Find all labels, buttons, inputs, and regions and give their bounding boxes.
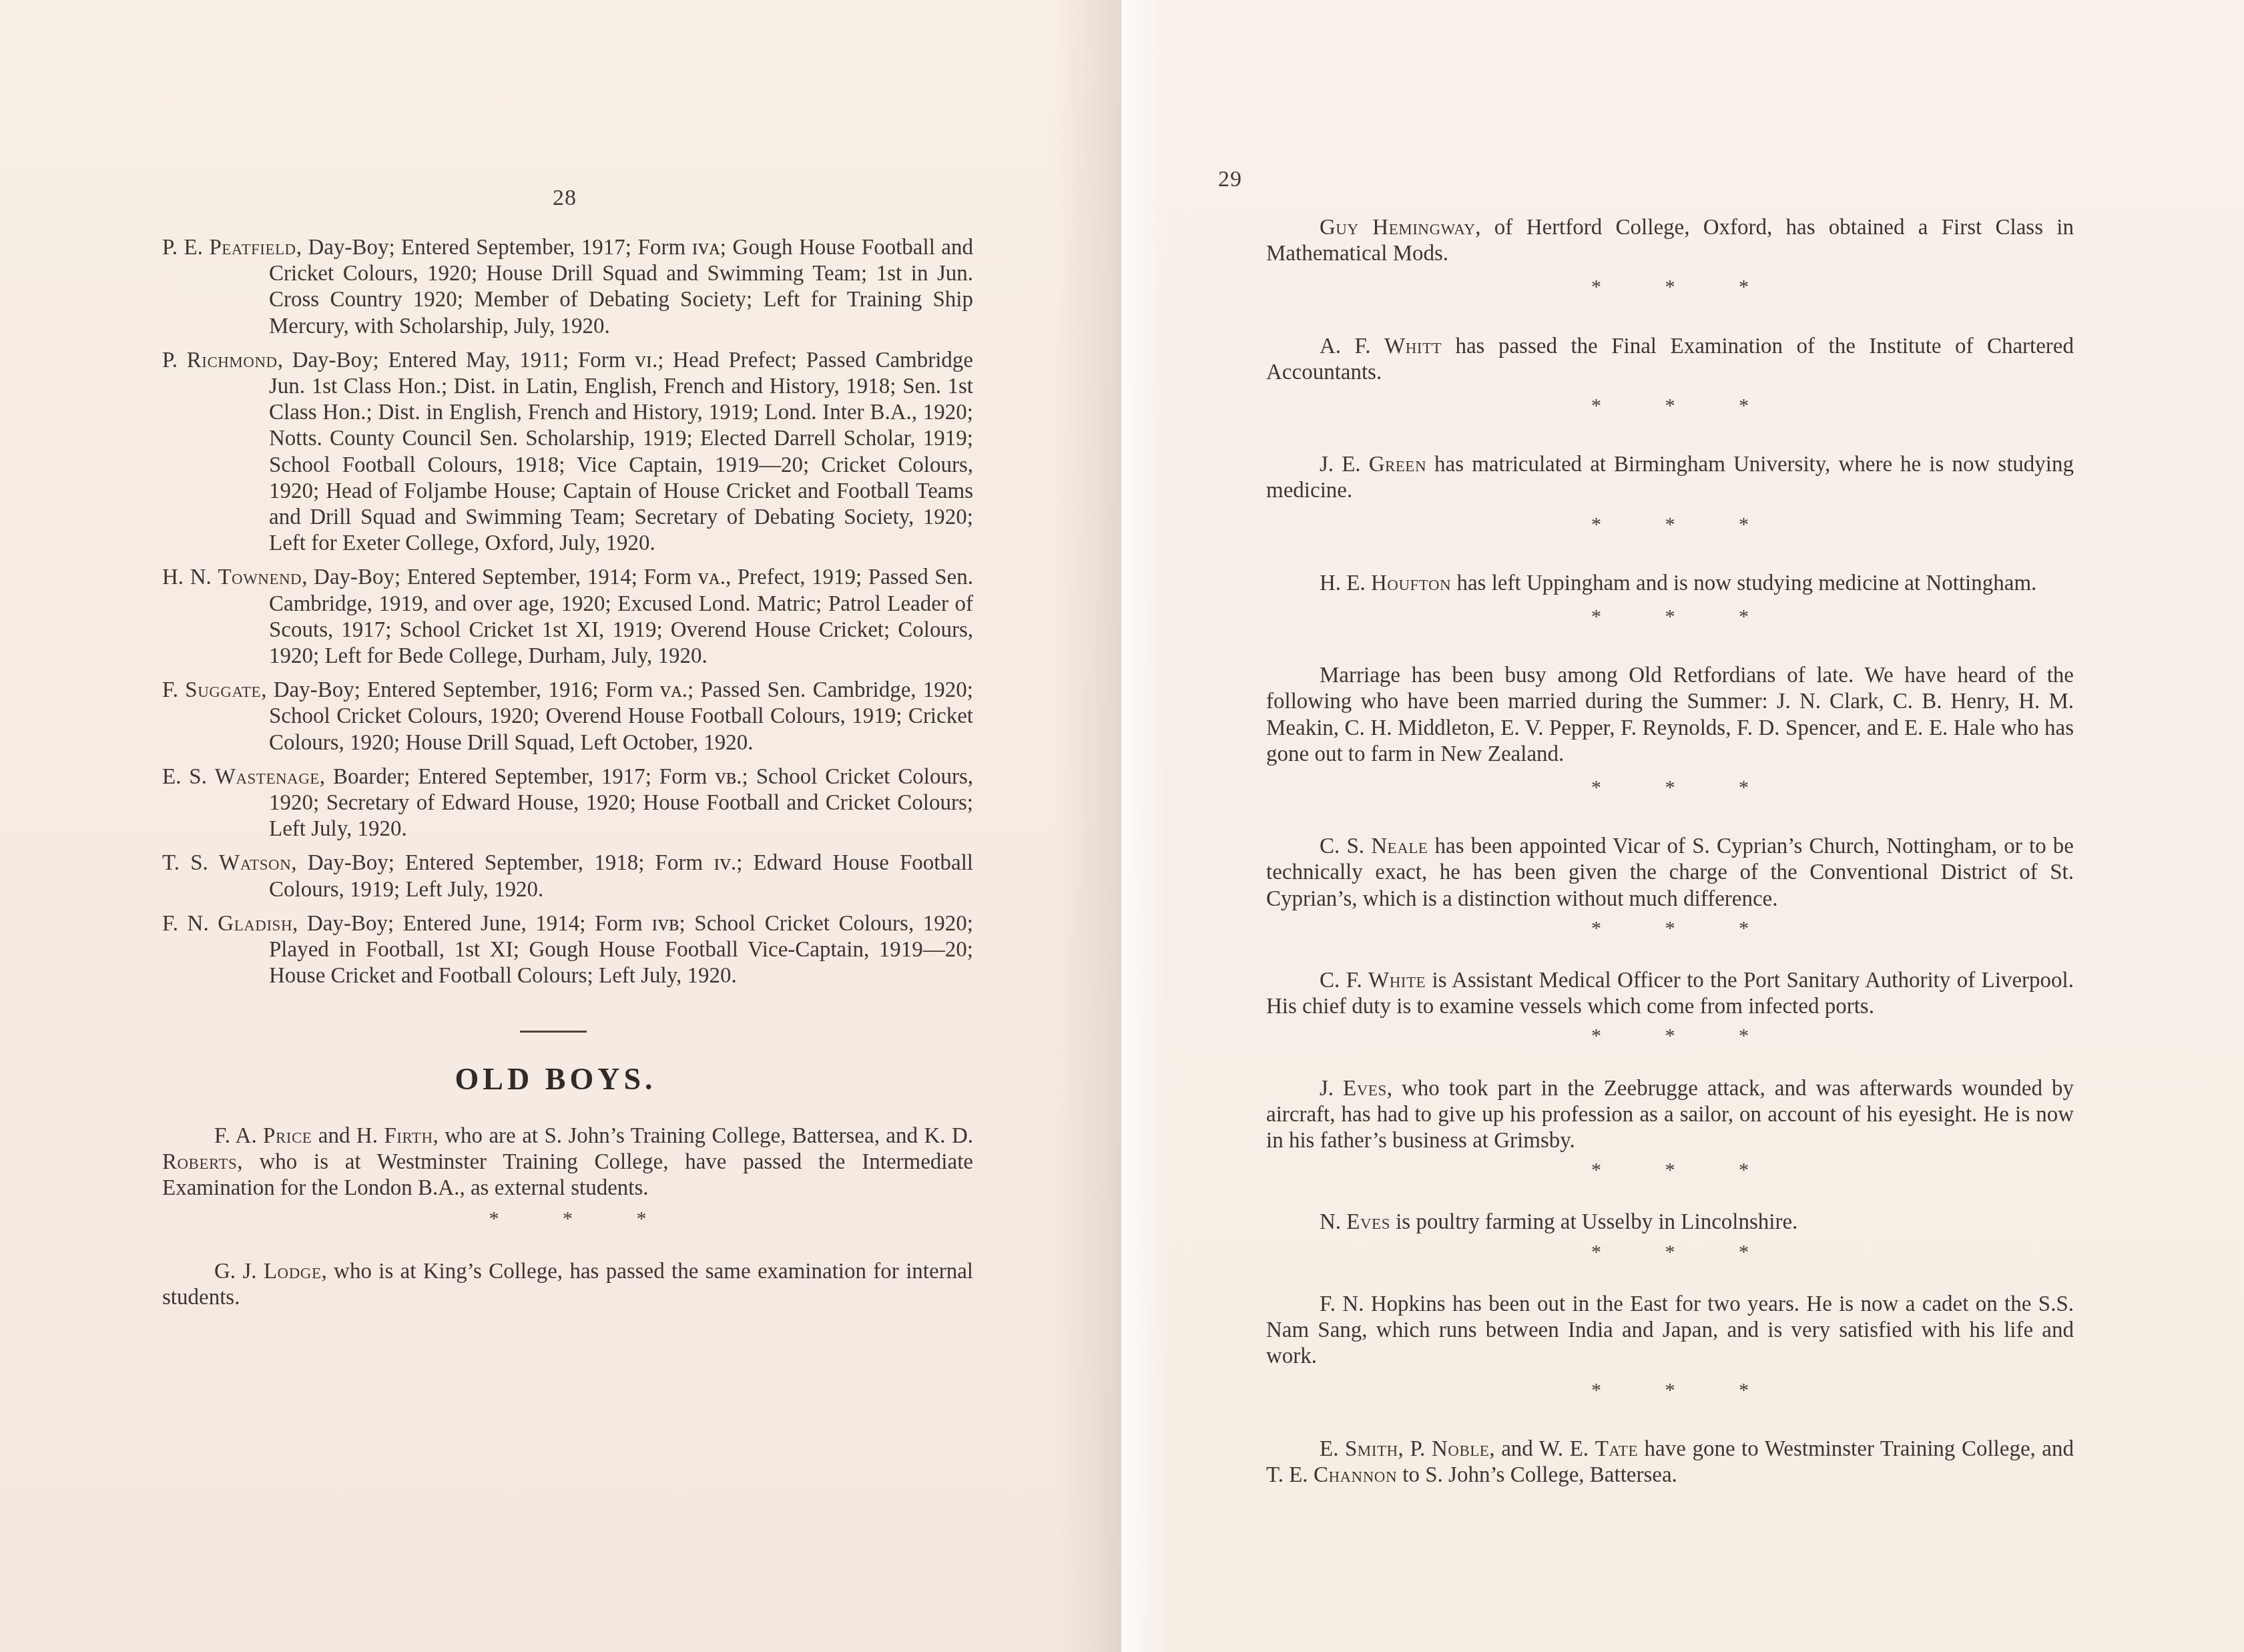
initials: T. S. xyxy=(162,851,208,875)
asterism-separator: * * * xyxy=(1266,1239,2074,1265)
text: G. J. xyxy=(214,1260,264,1284)
news-paragraph: J. E. Green has matriculated at Birmingh… xyxy=(1266,452,2074,504)
text: J. E. xyxy=(1320,453,1369,477)
surname: Price xyxy=(263,1124,312,1148)
asterism-separator: * * * xyxy=(1266,774,2074,800)
surname: Richmond xyxy=(187,348,278,372)
initials: P. E. xyxy=(162,236,203,260)
text: , who is at Westminster Training College… xyxy=(162,1150,973,1200)
entry-text: , Day-Boy; Entered September, 1914; Form… xyxy=(269,565,973,668)
surname: White xyxy=(1368,969,1426,993)
leaver-entry: P. E. Peatfield, Day-Boy; Entered Septem… xyxy=(162,235,973,340)
page-number: 28 xyxy=(553,186,577,211)
surname: Eves xyxy=(1343,1077,1387,1101)
right-page: 29 Guy Hemingway, of Hertford College, O… xyxy=(1121,0,2244,1652)
text: C. F. xyxy=(1320,969,1368,993)
asterism-separator: * * * xyxy=(1266,603,2074,629)
surname: Green xyxy=(1369,453,1426,477)
asterism-separator: * * * xyxy=(1266,511,2074,537)
surname: Suggate xyxy=(185,678,261,702)
news-paragraph: A. F. Whitt has passed the Final Examina… xyxy=(1266,334,2074,386)
surname: Whitt xyxy=(1384,334,1442,358)
surname: Peatfield xyxy=(209,236,296,260)
surname: Tate xyxy=(1595,1437,1638,1461)
news-paragraph: C. F. White is Assistant Medical Officer… xyxy=(1266,968,2074,1020)
surname: Smith xyxy=(1345,1437,1398,1461)
news-paragraph: C. S. Neale has been appointed Vicar of … xyxy=(1266,834,2074,912)
entry-text: , Day-Boy; Entered September, 1918; Form… xyxy=(269,851,973,901)
surname: Wastenage xyxy=(215,765,320,789)
old-boys-paragraph: F. A. Price and H. Firth, who are at S. … xyxy=(162,1123,973,1202)
leaver-entry: P. Richmond, Day-Boy; Entered May, 1911;… xyxy=(162,348,973,557)
surname: Houfton xyxy=(1371,571,1451,595)
asterism-separator: * * * xyxy=(1266,1377,2074,1403)
text: , P. xyxy=(1398,1437,1432,1461)
asterism-separator: * * * xyxy=(1266,392,2074,419)
news-paragraph: J. Eves, who took part in the Zeebrugge … xyxy=(1266,1076,2074,1155)
text: N. xyxy=(1320,1210,1346,1234)
surname: Neale xyxy=(1371,834,1428,858)
initials: E. S. xyxy=(162,765,207,789)
initials: H. N. xyxy=(162,565,212,589)
entry-text: , Boarder; Entered September, 1917; Form… xyxy=(269,765,973,841)
surname: Roberts xyxy=(162,1150,237,1174)
surname: Watson xyxy=(219,851,291,875)
text: C. S. xyxy=(1320,834,1371,858)
text: A. F. xyxy=(1320,334,1384,358)
right-page-text: Guy Hemingway, of Hertford College, Oxfo… xyxy=(1266,215,2074,1488)
section-heading: OLD BOYS. xyxy=(150,1066,961,1092)
surname: Gladish xyxy=(218,912,292,936)
news-paragraph: F. N. Hopkins has been out in the East f… xyxy=(1266,1292,2074,1370)
text: J. xyxy=(1320,1077,1343,1101)
surname: Townend xyxy=(218,565,302,589)
entry-text: , Day-Boy; Entered September, 1917; Form… xyxy=(269,236,973,338)
surname: Channon xyxy=(1314,1463,1397,1487)
news-paragraph: Marriage has been busy among Old Retford… xyxy=(1266,663,2074,768)
leaver-entry: F. N. Gladish, Day-Boy; Entered June, 19… xyxy=(162,911,973,990)
book-spread: 28 P. E. Peatfield, Day-Boy; Entered Sep… xyxy=(0,0,2244,1652)
left-page: 28 P. E. Peatfield, Day-Boy; Entered Sep… xyxy=(0,0,1121,1652)
leaver-entry: T. S. Watson, Day-Boy; Entered September… xyxy=(162,850,973,902)
initials: F. N. xyxy=(162,912,209,936)
page-number: 29 xyxy=(1218,167,1242,192)
entry-text: , Day-Boy; Entered May, 1911; Form ᴠɪ.; … xyxy=(269,348,973,555)
gutter-shadow xyxy=(1055,0,1121,1652)
leaver-entry: F. Suggate, Day-Boy; Entered September, … xyxy=(162,677,973,756)
initials: F. xyxy=(162,678,178,702)
asterism-separator: * * * xyxy=(1266,274,2074,300)
news-paragraph: H. E. Houfton has left Uppingham and is … xyxy=(1266,571,2074,597)
text: H. E. xyxy=(1320,571,1371,595)
text: to S. John’s College, Battersea. xyxy=(1397,1463,1677,1487)
text: F. N. Hopkins has been out in the East f… xyxy=(1266,1292,2074,1368)
text: and H. xyxy=(312,1124,384,1148)
text: Marriage has been busy among Old Retford… xyxy=(1266,663,2074,766)
news-paragraph: E. Smith, P. Noble, and W. E. Tate have … xyxy=(1266,1436,2074,1488)
surname: Eves xyxy=(1346,1210,1390,1234)
text: has left Uppingham and is now studying m… xyxy=(1451,571,2036,595)
asterism-separator: * * * xyxy=(1266,915,2074,941)
asterism-separator: * * * xyxy=(162,1205,973,1231)
old-boys-paragraph: G. J. Lodge, who is at King’s College, h… xyxy=(162,1259,973,1311)
leaver-entry: H. N. Townend, Day-Boy; Entered Septembe… xyxy=(162,565,973,669)
text: E. xyxy=(1320,1437,1345,1461)
entry-text: , Day-Boy; Entered June, 1914; Form ɪᴠʙ;… xyxy=(269,912,973,988)
initials: P. xyxy=(162,348,178,372)
text: , who are at S. John’s Training College,… xyxy=(433,1124,973,1148)
leaver-entry: E. S. Wastenage, Boarder; Entered Septem… xyxy=(162,764,973,843)
asterism-separator: * * * xyxy=(1266,1023,2074,1049)
surname: Lodge xyxy=(264,1260,322,1284)
text: , who took part in the Zeebrugge attack,… xyxy=(1266,1077,2074,1153)
news-paragraph: N. Eves is poultry farming at Usselby in… xyxy=(1266,1209,2074,1235)
surname: Guy Hemingway xyxy=(1320,216,1475,240)
entry-text: , Day-Boy; Entered September, 1916; Form… xyxy=(261,678,973,754)
section-divider xyxy=(520,1031,587,1033)
text: F. A. xyxy=(214,1124,263,1148)
text: , and W. E. xyxy=(1489,1437,1595,1461)
surname: Firth xyxy=(384,1124,433,1148)
news-paragraph: Guy Hemingway, of Hertford College, Oxfo… xyxy=(1266,215,2074,267)
gutter-highlight xyxy=(1121,0,1168,1652)
asterism-separator: * * * xyxy=(1266,1157,2074,1183)
surname: Noble xyxy=(1432,1437,1489,1461)
left-page-text: P. E. Peatfield, Day-Boy; Entered Septem… xyxy=(162,235,973,1311)
text: is poultry farming at Usselby in Lincoln… xyxy=(1390,1210,1797,1234)
